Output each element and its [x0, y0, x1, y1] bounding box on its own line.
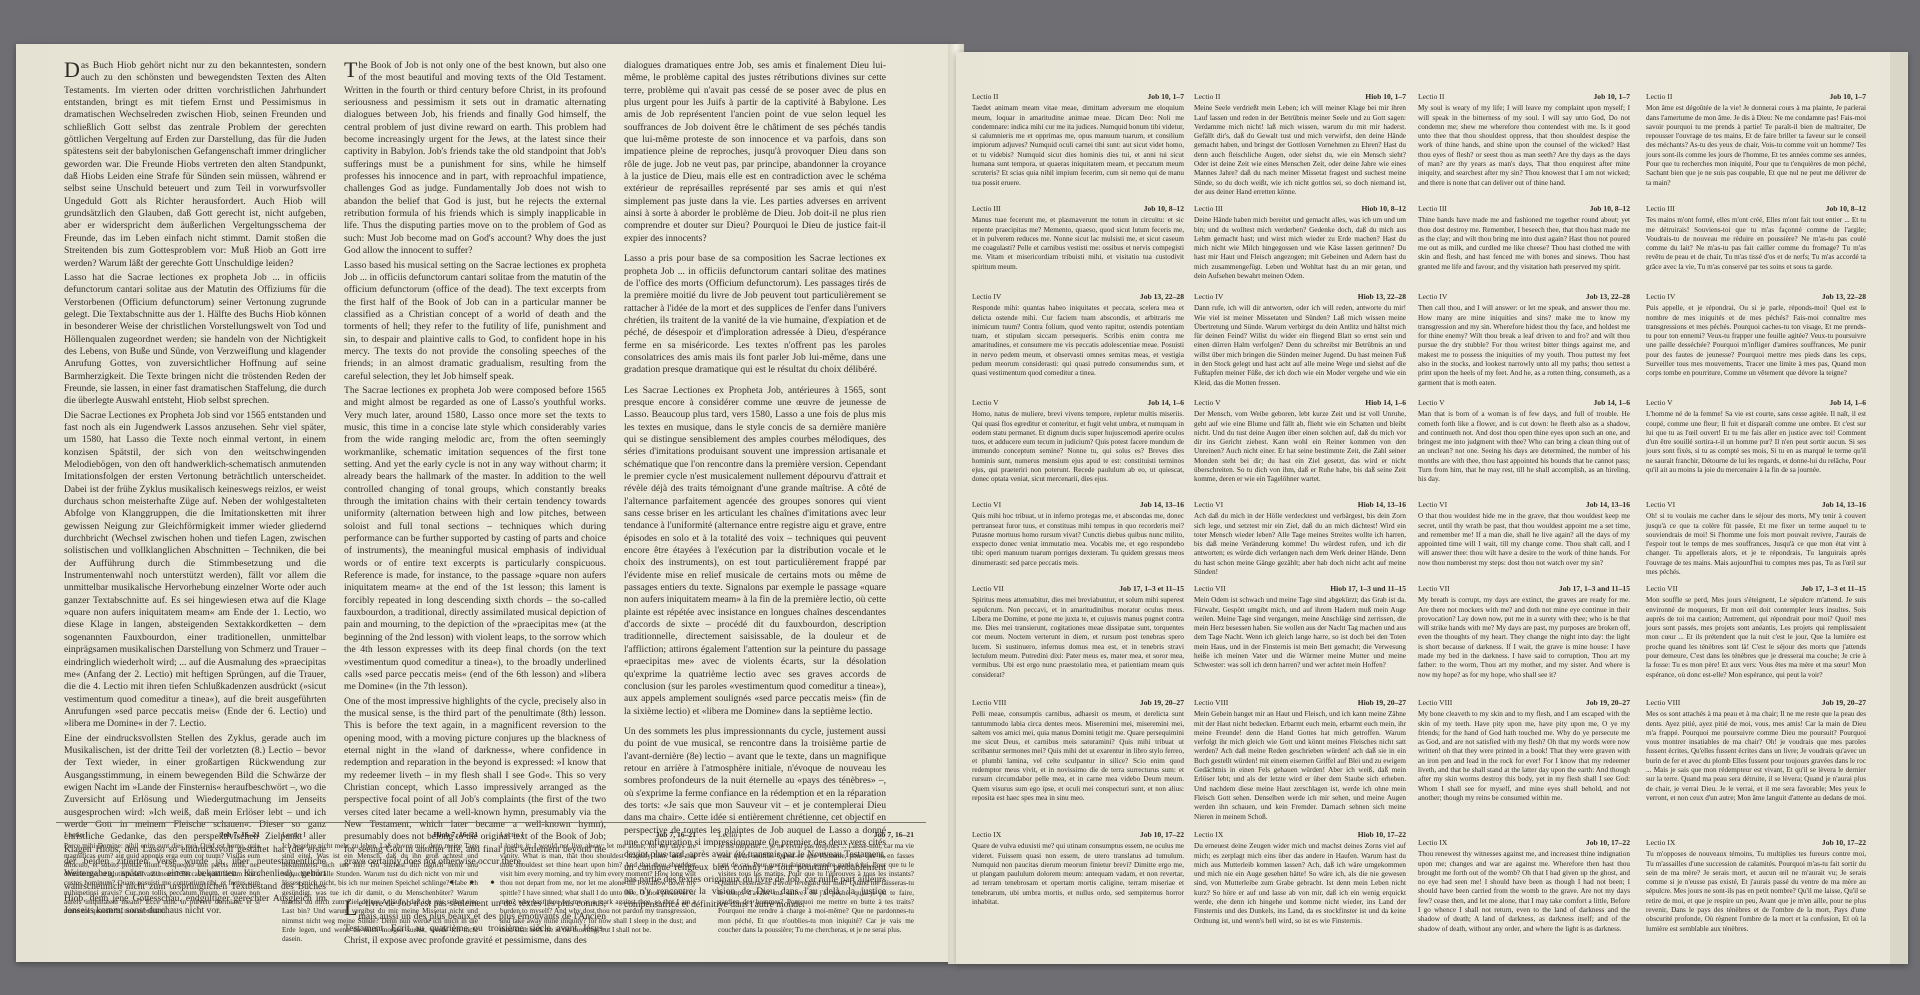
lectio-IX-german: Lectio IXHiob 10, 17–22 Du erneuest dein…: [1194, 830, 1406, 926]
lectio-VIII-french: Lectio VIIIJob 19, 20–27 Mes os sont att…: [1646, 698, 1866, 803]
lectio-II-latin: Lectio IIJob 10, 1–7 Taedet animam meam …: [972, 92, 1184, 188]
lectio-title: Lectio VIII: [1194, 698, 1228, 707]
lectio-title: Lectio IV: [1418, 292, 1447, 301]
lectio-title: Lectio VIII: [1646, 698, 1680, 707]
lectio-text: Mes os sont attachés à ma peau et à ma c…: [1646, 710, 1866, 803]
lectio-title: Lectio V: [1646, 398, 1673, 407]
lectio-III-english: Lectio IIIJob 10, 8–12 Thine hands have …: [1418, 204, 1630, 272]
lectio-reference: Hiob 10, 17–22: [1358, 830, 1406, 839]
lectio-reference: Hiob 14, 13–16: [1358, 500, 1406, 509]
lectio-title: Lectio IX: [972, 830, 1001, 839]
lectio-I-french: Lectio IJob 7, 16–21 Je les méprise! ...…: [718, 830, 914, 935]
lectio-title: Lectio VIII: [1418, 698, 1452, 707]
lectio-title: Lectio I: [64, 830, 88, 839]
lectio-VI-latin: Lectio VIJob 14, 13–16 Quis mihi hoc tri…: [972, 500, 1184, 568]
lectio-title: Lectio II: [1418, 92, 1444, 101]
lectio-title: Lectio VI: [972, 500, 1001, 509]
lectio-IX-latin: Lectio IXJob 10, 17–22 Quare de vulva ed…: [972, 830, 1184, 907]
lectio-reference: Hiob 19, 20–27: [1358, 698, 1406, 707]
lectio-text: Mon âme est dégoûtée de la vie! Je donne…: [1646, 104, 1866, 188]
lectio-title: Lectio II: [1646, 92, 1672, 101]
lectio-text: Meine Seele verdrießt mein Leben; ich wi…: [1194, 104, 1406, 197]
essay-paragraph: dialogues dramatiques entre Job, ses ami…: [624, 60, 886, 245]
lectio-title: Lectio V: [972, 398, 999, 407]
lectio-title: Lectio II: [1194, 92, 1220, 101]
lectio-IX-english: Lectio IXJob 10, 17–22 Thou renewest thy…: [1418, 838, 1630, 934]
lectio-text: Responde mihi: quantas habeo iniquitates…: [972, 304, 1184, 378]
page-edge: [1890, 52, 1908, 964]
lectio-II-german: Lectio IIHiob 10, 1–7 Meine Seele verdri…: [1194, 92, 1406, 197]
lectio-title: Lectio III: [1646, 204, 1675, 213]
lectio-text: Pelli meae, consumptis carnibus, adhaesi…: [972, 710, 1184, 803]
lectio-title: Lectio II: [972, 92, 998, 101]
lectio-title: Lectio IX: [1418, 838, 1447, 847]
lectio-V-english: Lectio VJob 14, 1–6 Man that is born of …: [1418, 398, 1630, 485]
lectio-reference: Job 10, 1–7: [1148, 92, 1185, 101]
lectio-VII-french: Lectio VIIJob 17, 1–3 et 11–15 Mon souff…: [1646, 584, 1866, 680]
lectio-reference: Job 14, 13–16: [1822, 500, 1866, 509]
essay-paragraph: Die Sacrae Lectiones ex Propheta Job sin…: [64, 410, 326, 731]
lectio-reference: Job 19, 20–27: [1586, 698, 1630, 707]
lectio-reference: Job 13, 22–28: [1822, 292, 1866, 301]
lectio-title: Lectio VI: [1418, 500, 1447, 509]
lectio-text: Taedet animam meam vitae meae, dimittam …: [972, 104, 1184, 188]
lectio-reference: Job 10, 8–12: [1826, 204, 1866, 213]
lectio-text: Mein Gebein hanget mir an Haut und Fleis…: [1194, 710, 1406, 822]
lectio-title: Lectio I: [282, 830, 306, 839]
lectio-IV-french: Lectio IVJob 13, 22–28 Puis appelle, et …: [1646, 292, 1866, 379]
essay-english: The Book of Job is not only one of the b…: [344, 60, 606, 950]
lectio-reference: Hiob 10, 8–12: [1361, 204, 1406, 213]
lectio-text: Tes mains m'ont formé, elles m'ont créé,…: [1646, 216, 1866, 272]
booklet-right-page: Lectio IIJob 10, 1–7 Taedet animam meam …: [956, 52, 1908, 964]
lectio-text: My breath is corrupt, my days are extinc…: [1418, 596, 1630, 680]
lectio-title: Lectio IX: [1646, 838, 1675, 847]
essay-paragraph: Les Sacrae Lectiones ex Propheta Job, an…: [624, 385, 886, 718]
lectio-V-latin: Lectio VJob 14, 1–6 Homo, natus de mulie…: [972, 398, 1184, 485]
lectio-text: Parce mihi Domine: nihil enim sunt dies …: [64, 842, 260, 916]
essay-paragraph: Lasso based his musical setting on the S…: [344, 260, 606, 383]
lectio-reference: Job 10, 1–7: [1594, 92, 1631, 101]
lectio-title: Lectio I: [500, 830, 524, 839]
lectio-title: Lectio IV: [972, 292, 1001, 301]
lectio-III-french: Lectio IIIJob 10, 8–12 Tes mains m'ont f…: [1646, 204, 1866, 272]
lectio-VIII-german: Lectio VIIIHiob 19, 20–27 Mein Gebein ha…: [1194, 698, 1406, 822]
lectio-reference: Job 7, 16–21: [874, 830, 914, 839]
lectio-title: Lectio VI: [1646, 500, 1675, 509]
lectio-text: O that thou wouldest hide me in the grav…: [1418, 512, 1630, 568]
lectio-reference: Job 14, 1–6: [1148, 398, 1185, 407]
lectio-text: Deine Hände haben mich bereitet und gema…: [1194, 216, 1406, 281]
lectio-text: Homo, natus de muliere, brevi vivens tem…: [972, 410, 1184, 484]
lectio-text: I loathe it; I would not live alway: let…: [500, 842, 696, 935]
lectio-text: Ach daß du mich in der Hölle verdecktest…: [1194, 512, 1406, 577]
lectio-text: Thou renewest thy witnesses against me, …: [1418, 850, 1630, 934]
drop-cap: D: [64, 61, 80, 79]
lectio-VIII-english: Lectio VIIIJob 19, 20–27 My bone cleavet…: [1418, 698, 1630, 803]
lectio-reference: Job 7, 16–21: [656, 830, 696, 839]
lectio-VII-german: Lectio VIIHiob 17, 1–3 und 11–15 Mein Od…: [1194, 584, 1406, 671]
lectio-text: Tu m'opposes de nouveaux témoins, Tu mul…: [1646, 850, 1866, 934]
lectio-reference: Job 10, 17–22: [1586, 838, 1630, 847]
drop-cap: T: [344, 61, 357, 79]
lectio-reference: Job 7, 16–21: [220, 830, 260, 839]
lectio-VI-english: Lectio VIJob 14, 13–16 O that thou would…: [1418, 500, 1630, 568]
lectio-reference: Job 17, 1–3 and 11–15: [1559, 584, 1630, 593]
lectio-text: Mon souffle se perd, Mes jours s'éteigne…: [1646, 596, 1866, 680]
lectio-text: Mein Odem ist schwach und meine Tage sin…: [1194, 596, 1406, 670]
lectio-reference: Hiob 17, 1–3 und 11–15: [1330, 584, 1406, 593]
essay-french: dialogues dramatiques entre Job, ses ami…: [624, 60, 886, 913]
lectio-title: Lectio VII: [1194, 584, 1226, 593]
essay-german: Das Buch Hiob gehört nicht nur zu den be…: [64, 60, 326, 920]
lectio-reference: Job 13, 22–28: [1586, 292, 1630, 301]
lectio-VII-latin: Lectio VIIJob 17, 1–3 et 11–15 Spiritus …: [972, 584, 1184, 680]
lectio-reference: Hiob 7, 16–21: [433, 830, 478, 839]
lectio-reference: Job 17, 1–3 et 11–15: [1801, 584, 1866, 593]
divider-rule: [56, 822, 926, 823]
lectio-III-german: Lectio IIIHiob 10, 8–12 Deine Hände habe…: [1194, 204, 1406, 281]
lectio-reference: Job 14, 1–6: [1594, 398, 1631, 407]
lectio-reference: Job 10, 8–12: [1144, 204, 1184, 213]
lectio-title: Lectio VII: [1418, 584, 1450, 593]
lectio-text: Oh! si tu voulais me cacher dans le séjo…: [1646, 512, 1866, 577]
lectio-text: Der Mensch, vom Weibe geboren, lebt kurz…: [1194, 410, 1406, 484]
lectio-text: Quare de vulva eduxisti me? qui utinam c…: [972, 842, 1184, 907]
lectio-text: Thine hands have made me and fashioned m…: [1418, 216, 1630, 272]
lectio-title: Lectio I: [718, 830, 742, 839]
lectio-title: Lectio III: [972, 204, 1001, 213]
lectio-text: L'homme né de la femme! Sa vie est court…: [1646, 410, 1866, 475]
lectio-I-english: Lectio IJob 7, 16–21 I loathe it; I woul…: [500, 830, 696, 935]
lectio-VI-german: Lectio VIHiob 14, 13–16 Ach daß du mich …: [1194, 500, 1406, 577]
lectio-I-german: Lectio IHiob 7, 16–21 Ich begehre nicht …: [282, 830, 478, 945]
lectio-reference: Job 10, 8–12: [1590, 204, 1630, 213]
essay-paragraph: The Sacrae lectiones ex propheta Job wer…: [344, 385, 606, 694]
lectio-reference: Job 14, 13–16: [1586, 500, 1630, 509]
lectio-V-german: Lectio VHiob 14, 1–6 Der Mensch, vom Wei…: [1194, 398, 1406, 485]
lectio-reference: Hiob 14, 1–6: [1365, 398, 1406, 407]
lectio-title: Lectio VII: [1646, 584, 1678, 593]
lectio-text: Then call thou, and I will answer: or le…: [1418, 304, 1630, 388]
lectio-text: Manus tuae fecerunt me, et plasmaverunt …: [972, 216, 1184, 272]
lectio-title: Lectio IV: [1646, 292, 1675, 301]
lectio-text: Puis appelle, et je répondrai, Ou si je …: [1646, 304, 1866, 378]
lectio-reference: Job 10, 17–22: [1140, 830, 1184, 839]
booklet-left-page: Das Buch Hiob gehört nicht nur zu den be…: [16, 44, 956, 962]
lectio-reference: Job 19, 20–27: [1822, 698, 1866, 707]
lectio-IV-english: Lectio IVJob 13, 22–28 Then call thou, a…: [1418, 292, 1630, 388]
lectio-text: My bone cleaveth to my skin and to my fl…: [1418, 710, 1630, 803]
lectio-VI-french: Lectio VIJob 14, 13–16 Oh! si tu voulais…: [1646, 500, 1866, 577]
lectio-title: Lectio VI: [1194, 500, 1223, 509]
lectio-reference: Job 14, 1–6: [1830, 398, 1867, 407]
essay-paragraph: Lasso hat die Sacrae lectiones ex prophe…: [64, 272, 326, 408]
essay-paragraph: The Book of Job is not only one of the b…: [344, 60, 606, 258]
lectio-text: My soul is weary of my life; I will leav…: [1418, 104, 1630, 188]
lectio-reference: Job 10, 17–22: [1822, 838, 1866, 847]
lectio-IX-french: Lectio IXJob 10, 17–22 Tu m'opposes de n…: [1646, 838, 1866, 934]
lectio-title: Lectio V: [1418, 398, 1445, 407]
lectio-IV-german: Lectio IVHiob 13, 22–28 Dann rufe, ich w…: [1194, 292, 1406, 388]
lectio-text: Man that is born of a woman is of few da…: [1418, 410, 1630, 484]
lectio-title: Lectio III: [1194, 204, 1223, 213]
lectio-VII-english: Lectio VIIJob 17, 1–3 and 11–15 My breat…: [1418, 584, 1630, 680]
lectio-reference: Hiob 13, 22–28: [1358, 292, 1406, 301]
lectio-reference: Job 10, 1–7: [1830, 92, 1867, 101]
essay-paragraph: Lasso a pris pour base de sa composition…: [624, 253, 886, 376]
lectio-III-latin: Lectio IIIJob 10, 8–12 Manus tuae feceru…: [972, 204, 1184, 272]
lectio-reference: Job 14, 13–16: [1140, 500, 1184, 509]
lectio-II-french: Lectio IIJob 10, 1–7 Mon âme est dégoûté…: [1646, 92, 1866, 188]
lectio-VIII-latin: Lectio VIIIJob 19, 20–27 Pelli meae, con…: [972, 698, 1184, 803]
lectio-II-english: Lectio IIJob 10, 1–7 My soul is weary of…: [1418, 92, 1630, 188]
lectio-text: Quis mihi hoc tribuat, ut in inferno pro…: [972, 512, 1184, 568]
lectio-text: Je les méprise! ... je ne vivrai pas tou…: [718, 842, 914, 935]
lectio-reference: Job 17, 1–3 et 11–15: [1119, 584, 1184, 593]
lectio-V-french: Lectio VJob 14, 1–6 L'homme né de la fem…: [1646, 398, 1866, 475]
lectio-title: Lectio III: [1418, 204, 1447, 213]
lectio-text: Spiritus meus attenuabitur, dies mei bre…: [972, 596, 1184, 680]
lectio-text: Dann rufe, ich will dir antworten, oder …: [1194, 304, 1406, 388]
lectio-title: Lectio V: [1194, 398, 1221, 407]
lectio-reference: Hiob 10, 1–7: [1365, 92, 1406, 101]
lectio-reference: Job 19, 20–27: [1140, 698, 1184, 707]
lectio-title: Lectio IX: [1194, 830, 1223, 839]
lectio-reference: Job 13, 22–28: [1140, 292, 1184, 301]
lectio-text: Du erneuest deine Zeugen wider mich und …: [1194, 842, 1406, 926]
lectio-text: Ich begehre nicht mehr zu leben. Laß ab …: [282, 842, 478, 944]
lectio-title: Lectio VII: [972, 584, 1004, 593]
lectio-title: Lectio IV: [1194, 292, 1223, 301]
essay-paragraph: Das Buch Hiob gehört nicht nur zu den be…: [64, 60, 326, 270]
lectio-title: Lectio VIII: [972, 698, 1006, 707]
lectio-I-latin: Lectio IJob 7, 16–21 Parce mihi Domine: …: [64, 830, 260, 917]
lectio-IV-latin: Lectio IVJob 13, 22–28 Responde mihi: qu…: [972, 292, 1184, 379]
